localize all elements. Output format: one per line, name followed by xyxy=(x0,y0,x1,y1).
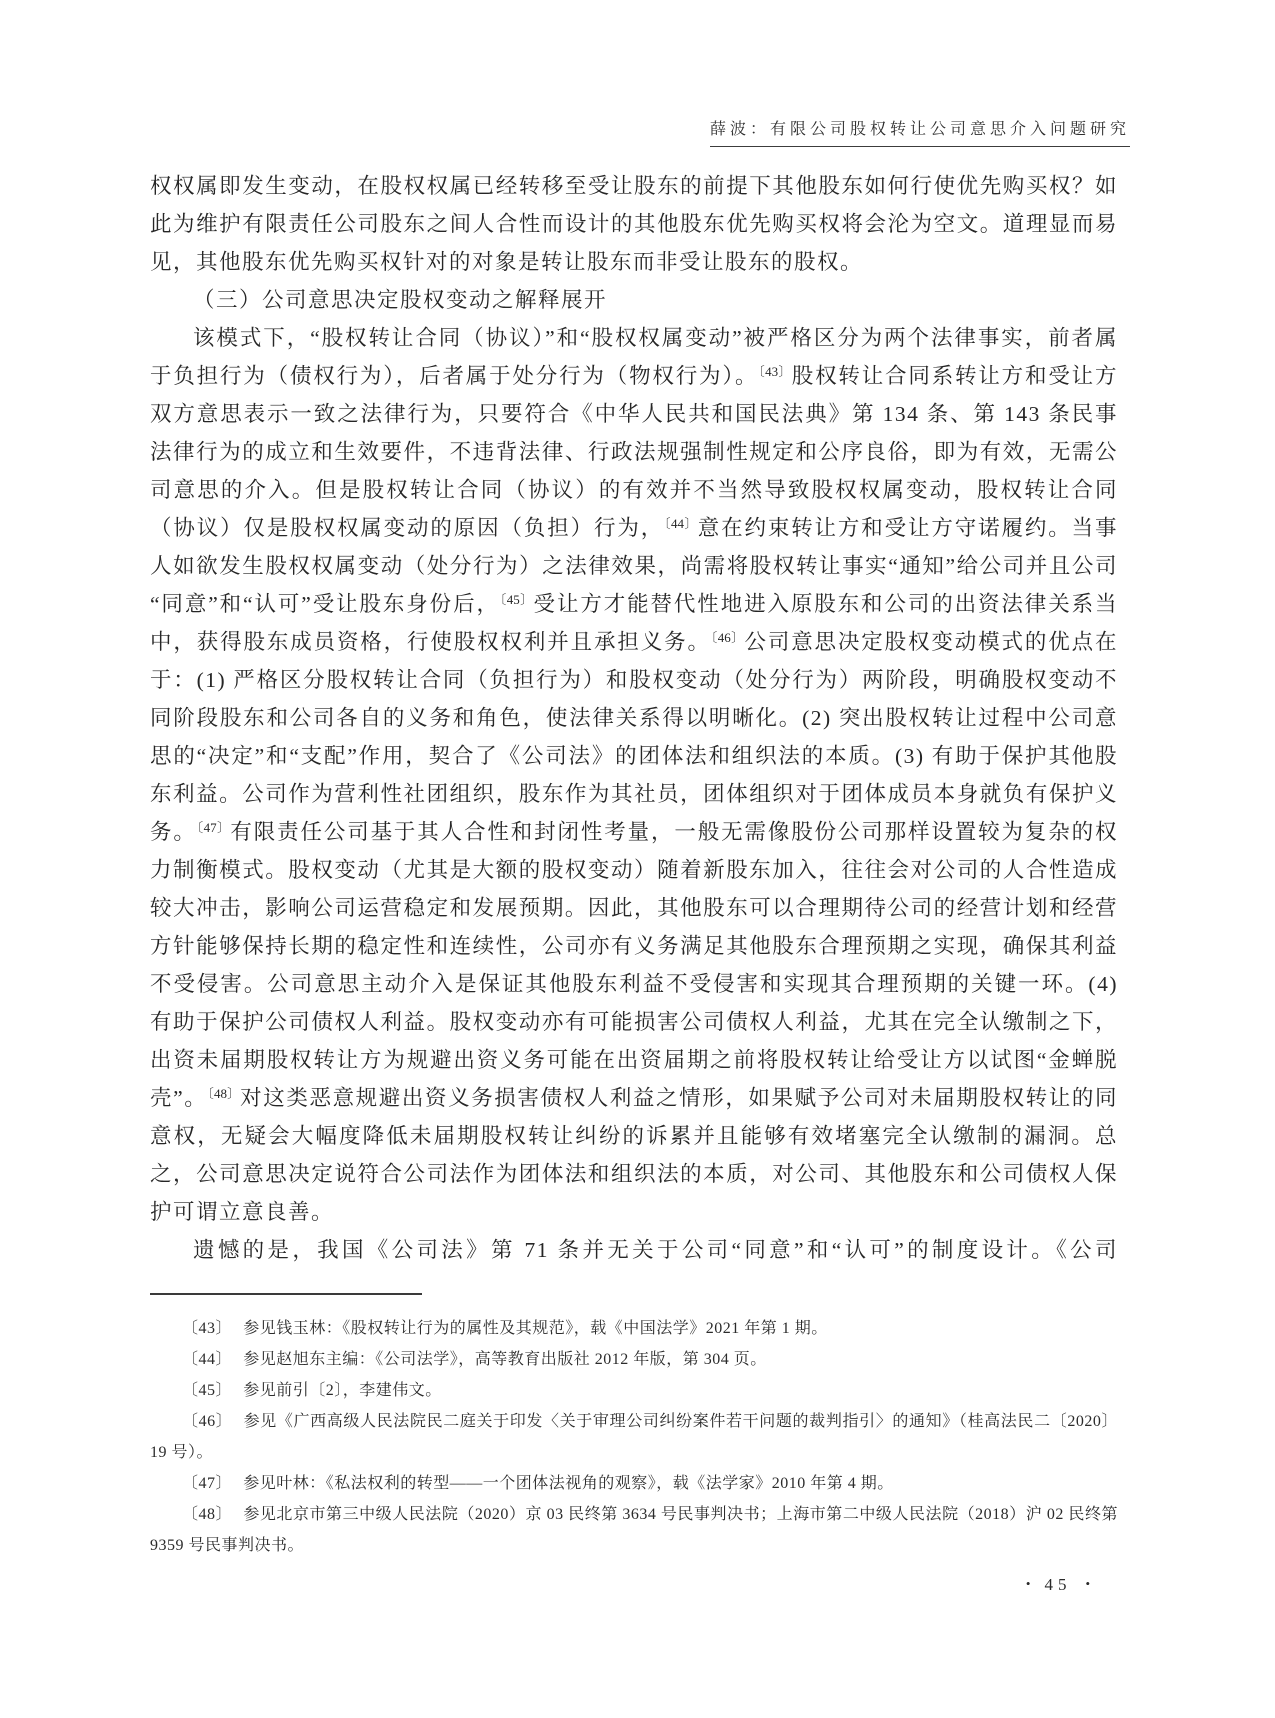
footnote-separator xyxy=(150,1293,422,1295)
footnote-text: 参见前引〔2〕，李建伟文。 xyxy=(243,1382,442,1399)
body-paragraph: 该模式下，“股权转让合同（协议）”和“股权权属变动”被严格区分为两个法律事实，前… xyxy=(150,319,1118,1231)
footnote-item: 〔47〕参见叶林：《私法权利的转型——一个团体法视角的观察》，载《法学家》201… xyxy=(150,1468,1118,1499)
paper-page: 薛波：有限公司股权转让公司意思介入问题研究 权权属即发生变动，在股权权属已经转移… xyxy=(0,0,1275,1718)
footnote-label: 〔47〕 xyxy=(182,1475,232,1492)
footnote-item: 〔48〕参见北京市第三中级人民法院（2020）京 03 民终第 3634 号民事… xyxy=(150,1499,1118,1561)
footnote-marker: 〔48〕 xyxy=(207,1086,240,1101)
page-number-right-dot: • xyxy=(1085,1576,1090,1591)
page-header: 薛波：有限公司股权转让公司意思介入问题研究 xyxy=(150,0,1130,147)
footnote-label: 〔44〕 xyxy=(182,1351,232,1368)
footnotes-list: 〔43〕参见钱玉林：《股权转让行为的属性及其规范》，载《中国法学》2021 年第… xyxy=(150,1313,1118,1561)
paragraph-text: 对这类恶意规避出资义务损害债权人利益之情形，如果赋予公司对未届期股权转让的同意权… xyxy=(150,1086,1118,1224)
paragraph-text: 股权转让合同系转让方和受让方双方意思表示一致之法律行为，只要符合《中华人民共和国… xyxy=(150,364,1118,540)
footnote-label: 〔46〕 xyxy=(182,1413,232,1430)
footnote-label: 〔48〕 xyxy=(182,1506,232,1523)
footnote-text: 参见叶林：《私法权利的转型——一个团体法视角的观察》，载《法学家》2010 年第… xyxy=(243,1475,894,1492)
footnote-marker: 〔45〕 xyxy=(500,592,534,607)
footnote-item: 〔43〕参见钱玉林：《股权转让行为的属性及其规范》，载《中国法学》2021 年第… xyxy=(150,1313,1118,1344)
paragraph-text: （三）公司意思决定股权变动之解释展开 xyxy=(193,288,607,312)
footnote-item: 〔45〕参见前引〔2〕，李建伟文。 xyxy=(150,1375,1118,1406)
footnote-text: 参见赵旭东主编：《公司法学》，高等教育出版社 2012 年版，第 304 页。 xyxy=(243,1351,767,1368)
body-paragraph: 权权属即发生变动，在股权权属已经转移至受让股东的前提下其他股东如何行使优先购买权… xyxy=(150,167,1118,281)
footnote-item: 〔44〕参见赵旭东主编：《公司法学》，高等教育出版社 2012 年版，第 304… xyxy=(150,1344,1118,1375)
page-footer: •45• xyxy=(150,1575,1130,1595)
footnote-marker: 〔46〕 xyxy=(711,630,745,645)
paragraph-text: 权权属即发生变动，在股权权属已经转移至受让股东的前提下其他股东如何行使优先购买权… xyxy=(150,174,1118,274)
paragraph-text: 公司意思决定股权变动模式的优点在于：(1) 严格区分股权转让合同（负担行为）和股… xyxy=(150,630,1118,844)
footnote-marker: 〔43〕 xyxy=(758,364,791,379)
section-heading: （三）公司意思决定股权变动之解释展开 xyxy=(150,281,1118,319)
page-number-left-dot: • xyxy=(1026,1576,1031,1591)
running-title: 薛波：有限公司股权转让公司意思介入问题研究 xyxy=(710,116,1130,147)
footnote-label: 〔43〕 xyxy=(182,1320,232,1337)
footnote-text: 参见钱玉林：《股权转让行为的属性及其规范》，载《中国法学》2021 年第 1 期… xyxy=(243,1320,828,1337)
body-text: 权权属即发生变动，在股权权属已经转移至受让股东的前提下其他股东如何行使优先购买权… xyxy=(150,167,1118,1269)
paragraph-text: 遗憾的是，我国《公司法》第 71 条并无关于公司“同意”和“认可”的制度设计。《… xyxy=(193,1238,1118,1262)
footnote-text: 参见《广西高级人民法院民二庭关于印发〈关于审理公司纠纷案件若干问题的裁判指引〉的… xyxy=(150,1413,1118,1461)
footnote-marker: 〔47〕 xyxy=(197,820,231,835)
footnote-label: 〔45〕 xyxy=(182,1382,232,1399)
footnote-item: 〔46〕参见《广西高级人民法院民二庭关于印发〈关于审理公司纠纷案件若干问题的裁判… xyxy=(150,1406,1118,1468)
page-number: 45 xyxy=(1044,1575,1071,1594)
footnote-text: 参见北京市第三中级人民法院（2020）京 03 民终第 3634 号民事判决书；… xyxy=(150,1506,1118,1554)
body-paragraph: 遗憾的是，我国《公司法》第 71 条并无关于公司“同意”和“认可”的制度设计。《… xyxy=(150,1231,1118,1269)
footnote-marker: 〔44〕 xyxy=(664,516,698,531)
paragraph-text: 有限责任公司基于其人合性和封闭性考量，一般无需像股份公司那样设置较为复杂的权力制… xyxy=(150,820,1118,1110)
